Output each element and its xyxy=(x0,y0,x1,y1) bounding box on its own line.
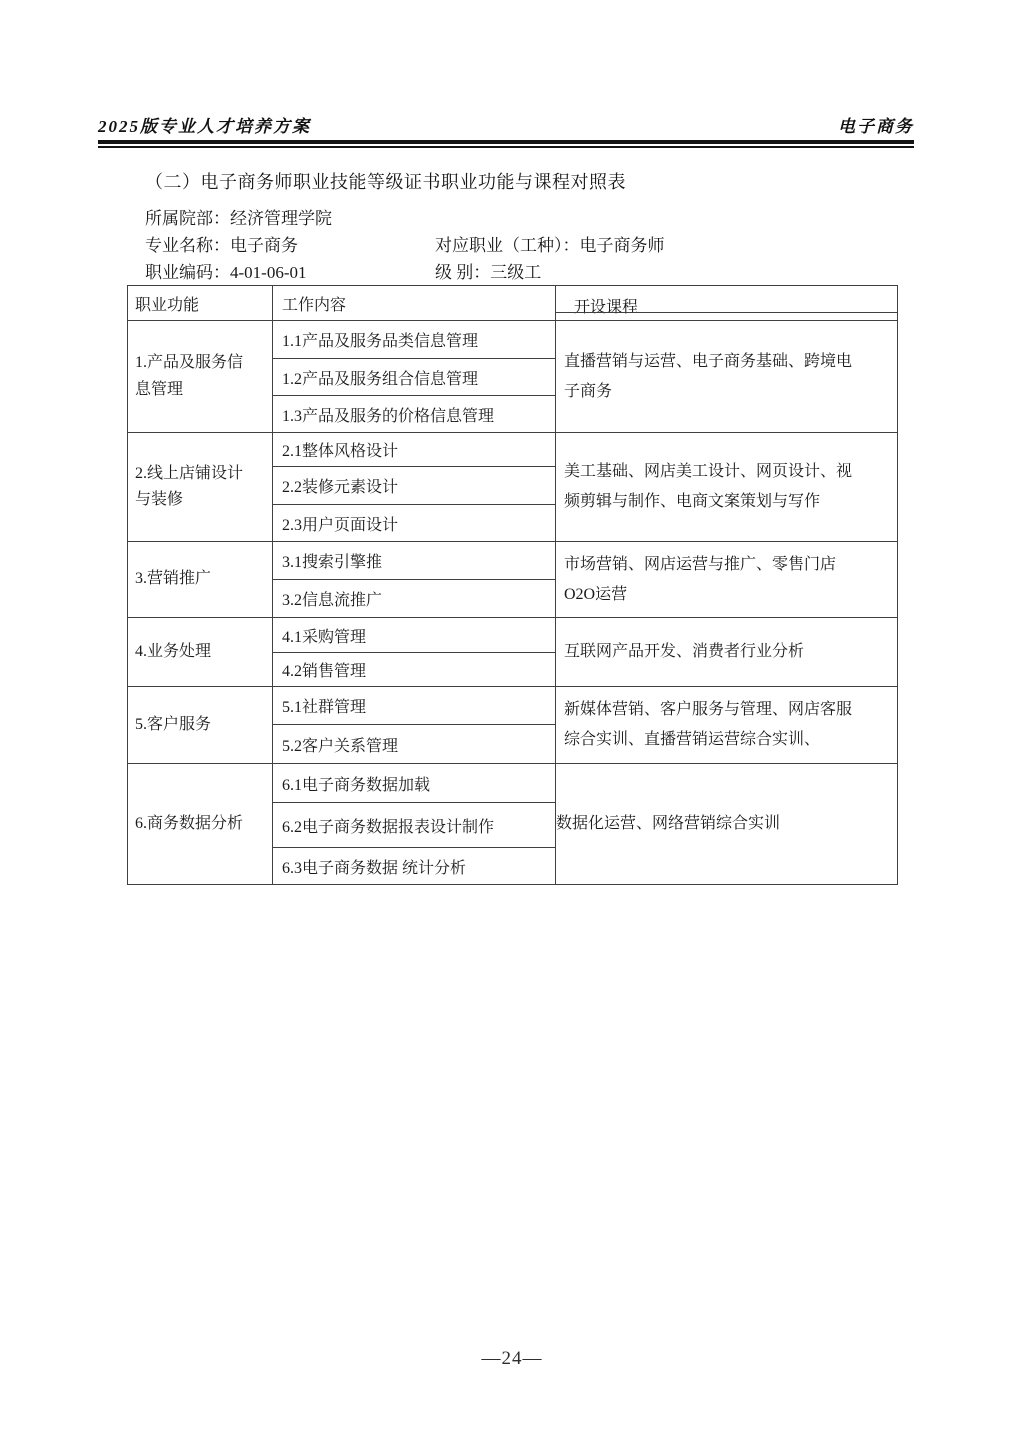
info-major: 专业名称：电子商务 xyxy=(145,236,298,255)
info-line-code: 职业编码：4-01-06-01 级 别：三级工 xyxy=(145,259,332,286)
info-level: 级 别：三级工 xyxy=(435,259,541,286)
task-cell-6-3: 6.3电子商务数据 统计分析 xyxy=(273,848,556,885)
task-cell-1-2: 1.2产品及服务组合信息管理 xyxy=(273,359,556,396)
courses-cell-3: 市场营销、网店运营与推广、零售门店O2O运营 xyxy=(556,542,898,618)
section-title: （二）电子商务师职业技能等级证书职业功能与课程对照表 xyxy=(145,168,626,194)
function-course-mapping-table: 职业功能 工作内容 开设课程 1.产品及服务信息管理 1.1产品及服务品类信息管… xyxy=(127,285,898,885)
info-department: 所属院部：经济管理学院 xyxy=(145,209,332,228)
courses-cell-2: 美工基础、网店美工设计、网页设计、视频剪辑与制作、电商文案策划与写作 xyxy=(556,433,898,542)
task-cell-3-2: 3.2信息流推广 xyxy=(273,580,556,618)
task-cell-6-1: 6.1电子商务数据加载 xyxy=(273,764,556,803)
courses-cell-4: 互联网产品开发、消费者行业分析 xyxy=(556,618,898,687)
function-cell-1: 1.产品及服务信息管理 xyxy=(128,321,273,433)
table-row: 3.营销推广 3.1搜索引擎推 市场营销、网店运营与推广、零售门店O2O运营 xyxy=(128,542,898,580)
table-row: 6.商务数据分析 6.1电子商务数据加载 数据化运营、网络营销综合实训 xyxy=(128,764,898,803)
document-page: 2025版专业人才培养方案 电子商务 （二）电子商务师职业技能等级证书职业功能与… xyxy=(0,0,1024,1448)
header-edition-label: 2025版专业人才培养方案 xyxy=(98,112,311,137)
function-cell-6: 6.商务数据分析 xyxy=(128,764,273,885)
task-cell-2-1: 2.1整体风格设计 xyxy=(273,433,556,467)
column-header-courses: 开设课程 xyxy=(556,286,898,321)
table-row: 2.线上店铺设计与装修 2.1整体风格设计 美工基础、网店美工设计、网页设计、视… xyxy=(128,433,898,467)
info-line-department: 所属院部：经济管理学院 xyxy=(145,205,332,232)
table-row: 5.客户服务 5.1社群管理 新媒体营销、客户服务与管理、网店客服综合实训、直播… xyxy=(128,687,898,725)
info-occupation: 对应职业（工种）：电子商务师 xyxy=(435,232,665,259)
task-cell-5-1: 5.1社群管理 xyxy=(273,687,556,725)
function-cell-2: 2.线上店铺设计与装修 xyxy=(128,433,273,542)
header-subject-label: 电子商务 xyxy=(838,112,914,137)
page-number: —24— xyxy=(0,1348,1024,1370)
task-cell-4-2: 4.2销售管理 xyxy=(273,653,556,687)
task-cell-6-2: 6.2电子商务数据报表设计制作 xyxy=(273,803,556,848)
column-header-task: 工作内容 xyxy=(273,286,556,321)
task-cell-5-2: 5.2客户关系管理 xyxy=(273,725,556,764)
task-cell-1-3: 1.3产品及服务的价格信息管理 xyxy=(273,396,556,433)
function-cell-4: 4.业务处理 xyxy=(128,618,273,687)
task-cell-4-1: 4.1采购管理 xyxy=(273,618,556,653)
courses-cell-5: 新媒体营销、客户服务与管理、网店客服综合实训、直播营销运营综合实训、 xyxy=(556,687,898,764)
courses-cell-6: 数据化运营、网络营销综合实训 xyxy=(556,764,898,885)
info-line-major: 专业名称：电子商务 对应职业（工种）：电子商务师 xyxy=(145,232,332,259)
courses-cell-1: 直播营销与运营、电子商务基础、跨境电子商务 xyxy=(556,321,898,433)
function-cell-5: 5.客户服务 xyxy=(128,687,273,764)
header-rule-thin xyxy=(98,146,914,148)
task-cell-3-1: 3.1搜索引擎推 xyxy=(273,542,556,580)
program-info-block: 所属院部：经济管理学院 专业名称：电子商务 对应职业（工种）：电子商务师 职业编… xyxy=(145,205,332,286)
task-cell-1-1: 1.1产品及服务品类信息管理 xyxy=(273,321,556,359)
header-double-rule xyxy=(98,140,914,148)
table-row: 4.业务处理 4.1采购管理 互联网产品开发、消费者行业分析 xyxy=(128,618,898,653)
table-header-row: 职业功能 工作内容 开设课程 xyxy=(128,286,898,321)
table-row: 1.产品及服务信息管理 1.1产品及服务品类信息管理 直播营销与运营、电子商务基… xyxy=(128,321,898,359)
task-cell-2-2: 2.2装修元素设计 xyxy=(273,467,556,505)
task-cell-2-3: 2.3用户页面设计 xyxy=(273,505,556,542)
column-header-function: 职业功能 xyxy=(128,286,273,321)
running-header: 2025版专业人才培养方案 电子商务 xyxy=(98,112,914,137)
info-code: 职业编码：4-01-06-01 xyxy=(145,263,306,282)
function-cell-3: 3.营销推广 xyxy=(128,542,273,618)
